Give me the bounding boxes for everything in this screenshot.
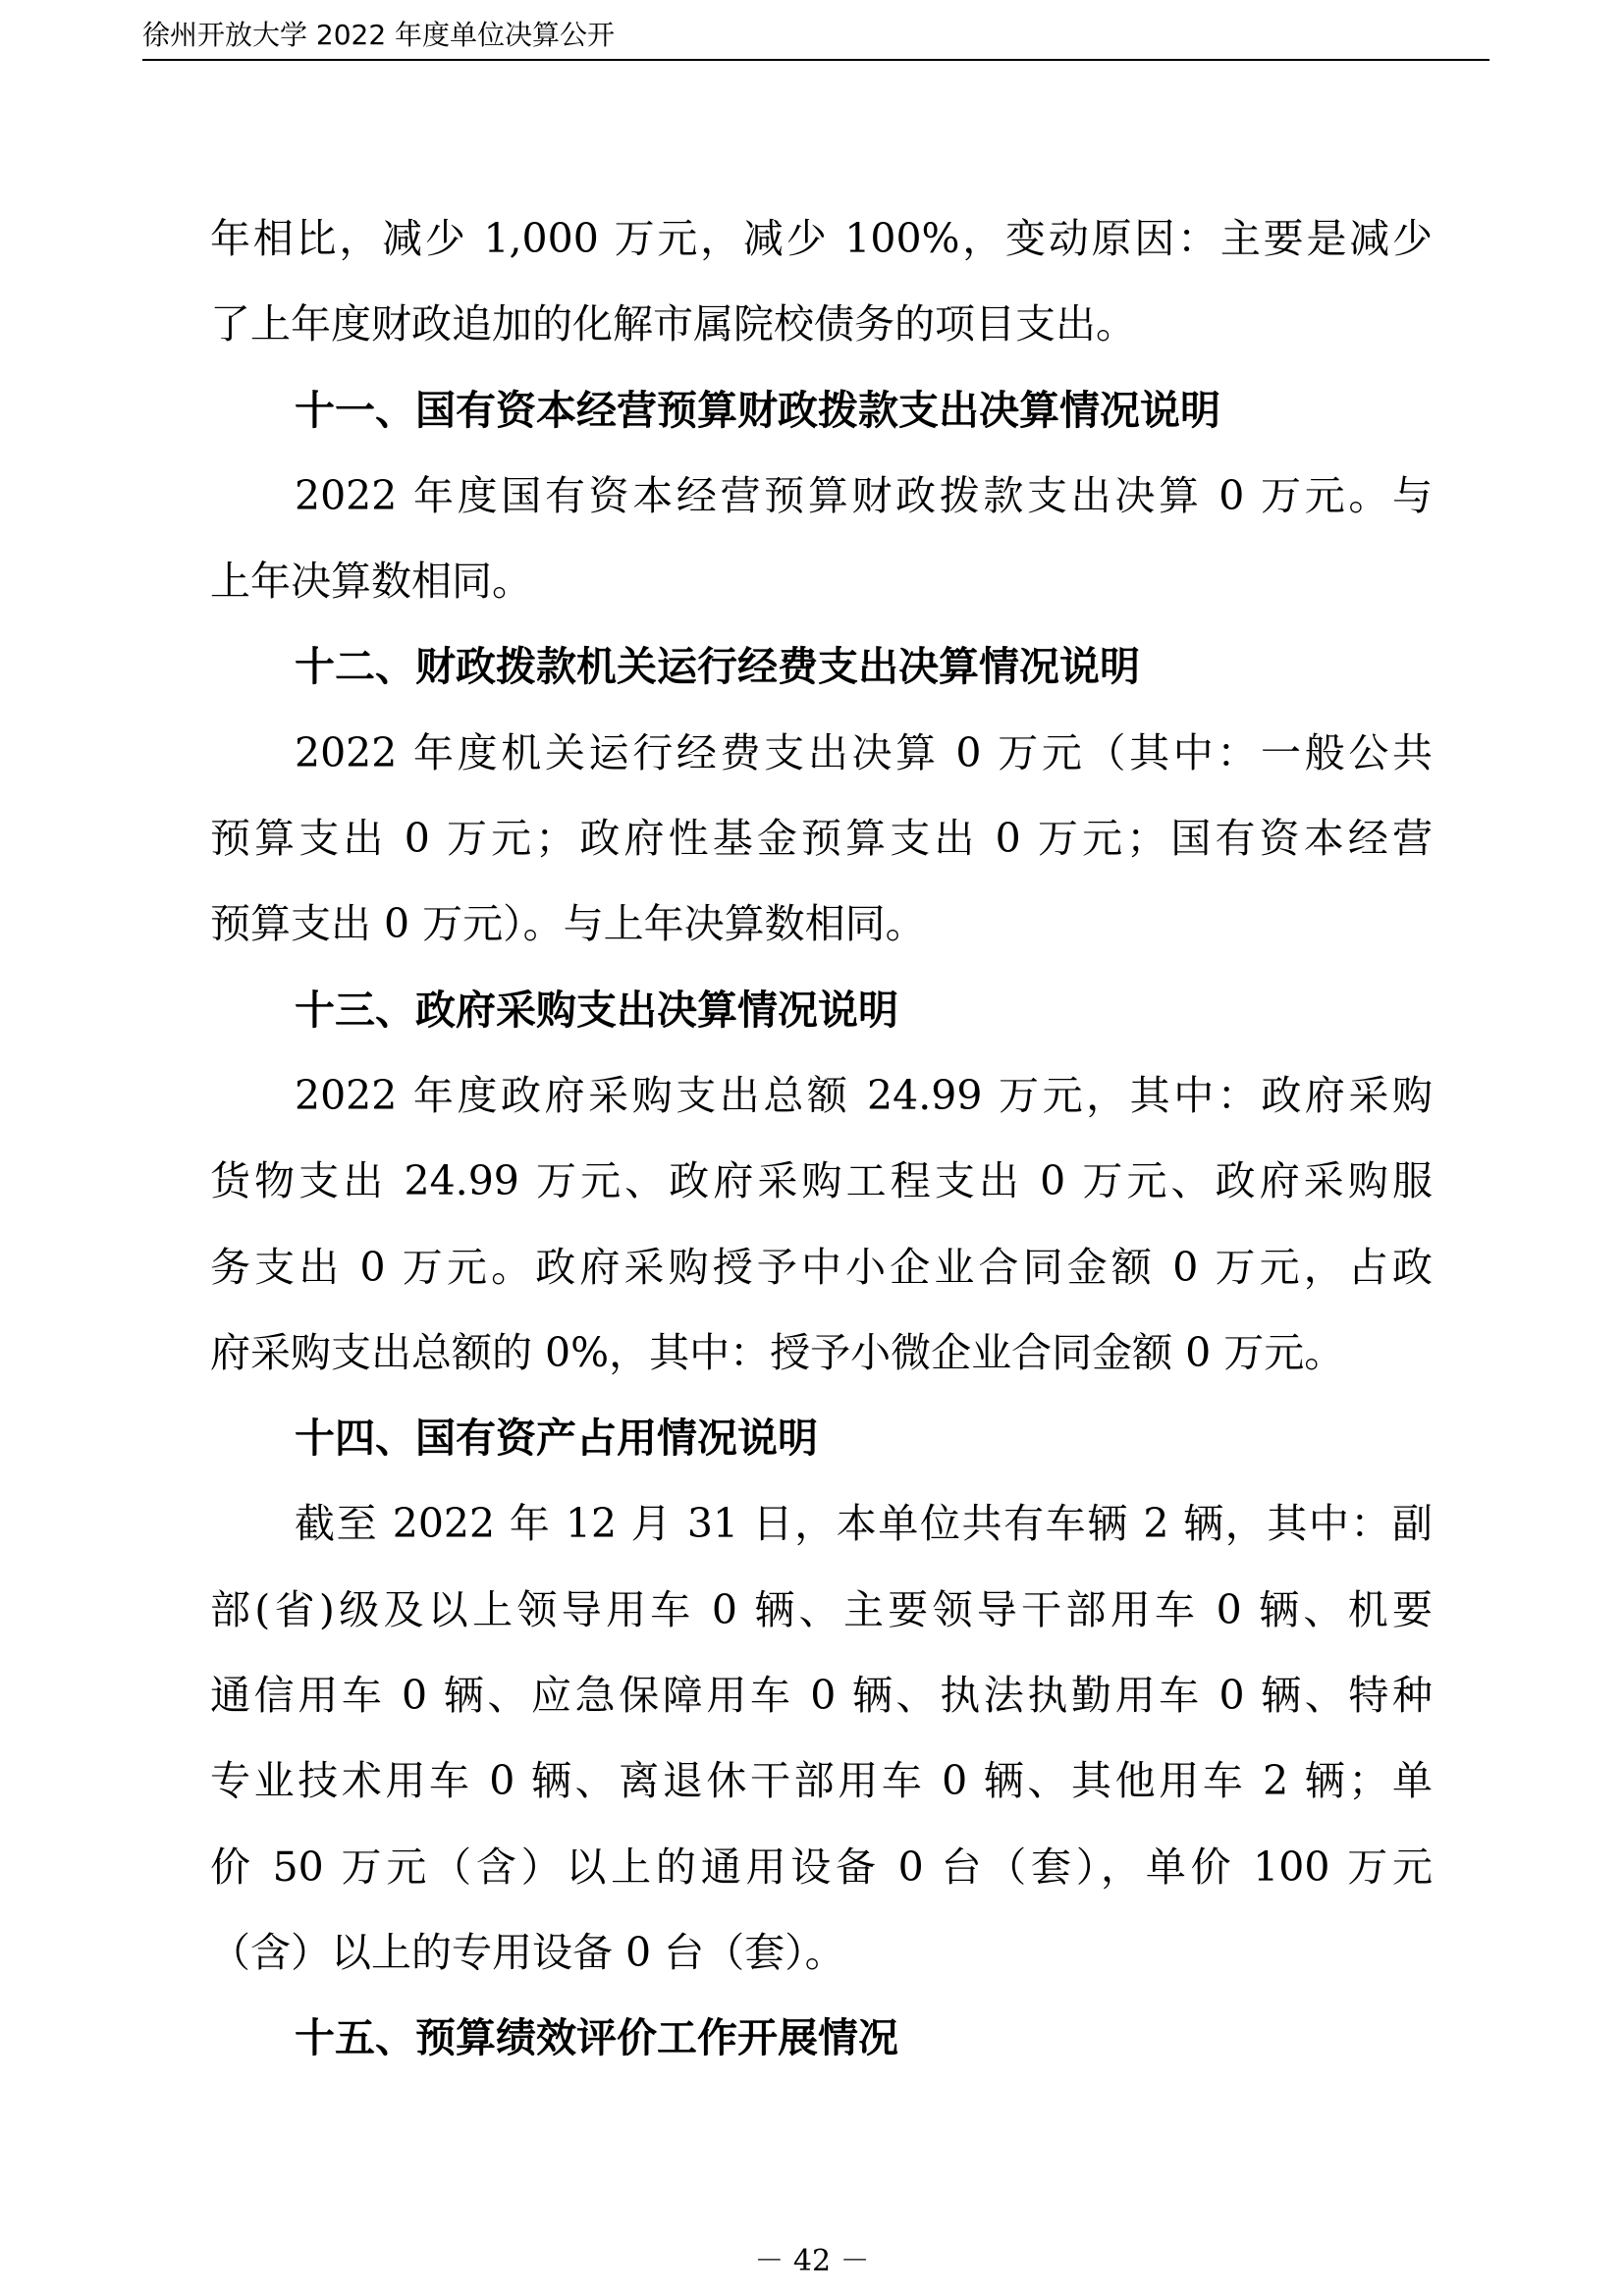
body-line: 价 50 万元（含）以上的通用设备 0 台（套），单价 100 万元 [210,1825,1433,1910]
body-line: 2022 年度政府采购支出总额 24.99 万元，其中：政府采购 [210,1053,1433,1139]
page-header: 徐州开放大学 2022 年度单位决算公开 [142,14,1489,61]
section-heading-13: 十三、政府采购支出决算情况说明 [210,968,1433,1053]
body-line: 上年决算数相同。 [210,539,1433,624]
section-heading-15: 十五、预算绩效评价工作开展情况 [210,1996,1433,2081]
section-heading-14: 十四、国有资产占用情况说明 [210,1396,1433,1481]
body-line: 专业技术用车 0 辆、离退休干部用车 0 辆、其他用车 2 辆；单 [210,1738,1433,1824]
body-line: 截至 2022 年 12 月 31 日，本单位共有车辆 2 辆，其中：副 [210,1481,1433,1567]
body-line: 通信用车 0 辆、应急保障用车 0 辆、执法执勤用车 0 辆、特种 [210,1653,1433,1738]
body-line: 2022 年度机关运行经费支出决算 0 万元（其中：一般公共 [210,711,1433,796]
section-heading-12: 十二、财政拨款机关运行经费支出决算情况说明 [210,624,1433,710]
document-body: 年相比，减少 1,000 万元，减少 100%，变动原因：主要是减少 了上年度财… [210,196,1433,2082]
page-number: － 42 － [0,2236,1624,2279]
body-line: 预算支出 0 万元；政府性基金预算支出 0 万元；国有资本经营 [210,796,1433,881]
section-heading-11: 十一、国有资本经营预算财政拨款支出决算情况说明 [210,368,1433,454]
body-line: 预算支出 0 万元）。与上年决算数相同。 [210,881,1433,967]
body-line: 年相比，减少 1,000 万元，减少 100%，变动原因：主要是减少 [210,196,1433,282]
header-title: 徐州开放大学 2022 年度单位决算公开 [142,14,615,53]
body-line: 府采购支出总额的 0%，其中：授予小微企业合同金额 0 万元。 [210,1310,1433,1396]
body-line: 部(省)级及以上领导用车 0 辆、主要领导干部用车 0 辆、机要 [210,1568,1433,1653]
body-line: 务支出 0 万元。政府采购授予中小企业合同金额 0 万元，占政 [210,1225,1433,1310]
body-line: 了上年度财政追加的化解市属院校债务的项目支出。 [210,282,1433,367]
body-line: （含）以上的专用设备 0 台（套）。 [210,1910,1433,1996]
body-line: 2022 年度国有资本经营预算财政拨款支出决算 0 万元。与 [210,454,1433,539]
body-line: 货物支出 24.99 万元、政府采购工程支出 0 万元、政府采购服 [210,1139,1433,1224]
